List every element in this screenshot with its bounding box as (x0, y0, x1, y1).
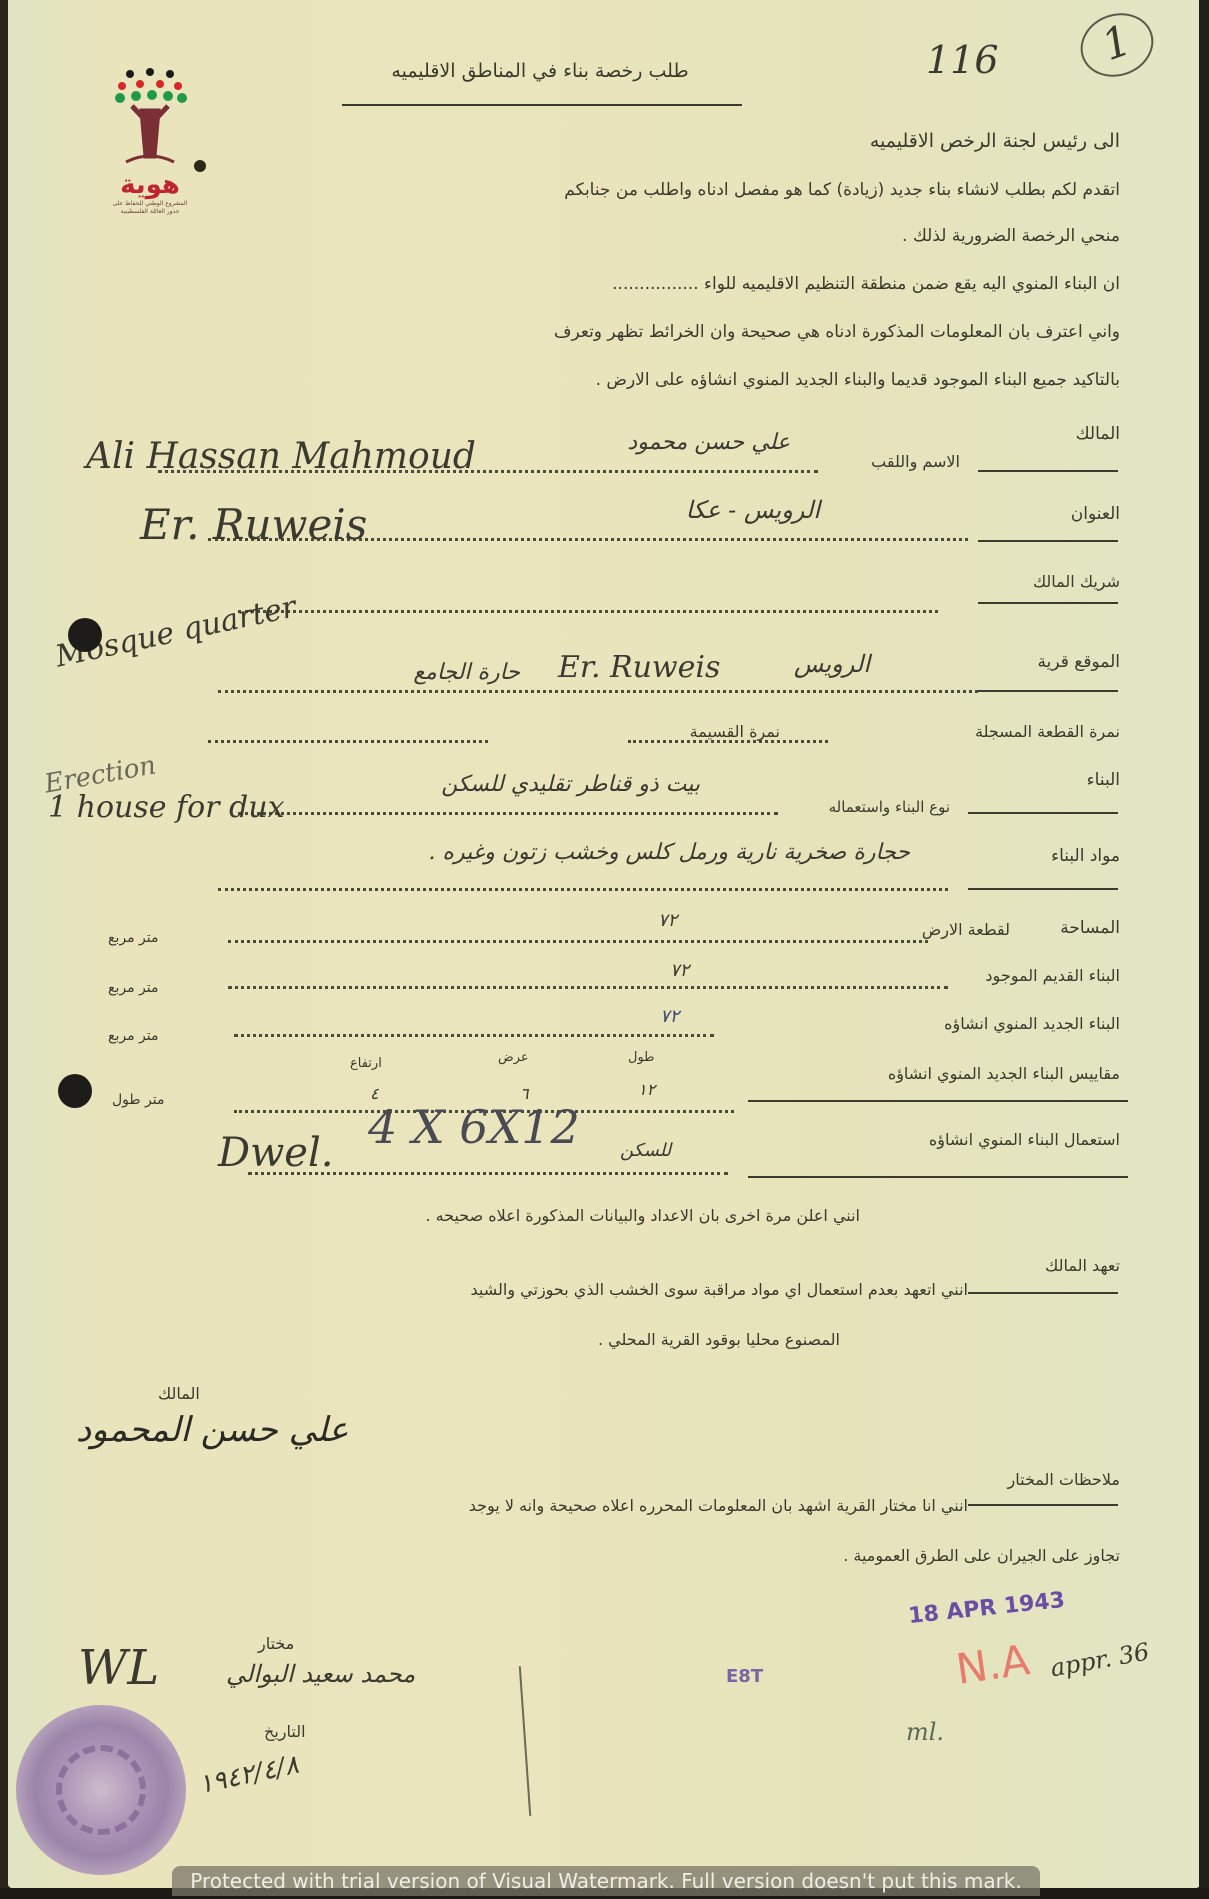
document-page: هوية المشروع الوطني للحفاظ على جذور العا… (8, 0, 1200, 1888)
building-type-en: 1 house for dux (48, 790, 285, 825)
use-value-en: Dwel. (218, 1130, 334, 1176)
owner-rule (978, 470, 1118, 472)
partner-label: شريك المالك (1033, 572, 1120, 591)
height-label: ارتفاع (350, 1056, 382, 1071)
owner-pledge-rule (968, 1292, 1118, 1294)
intro-line: ان البناء المنوي اليه يقع ضمن منطقة التن… (612, 274, 1120, 294)
land-area-unit: متر مربع (108, 930, 158, 946)
existing-area-label: البناء القديم الموجود (985, 966, 1120, 985)
owner-name-label: الاسم واللقب (871, 452, 960, 471)
declaration: انني اعلن مرة اخرى بان الاعداد والبيانات… (425, 1206, 860, 1225)
location-label: الموقع قرية (1038, 652, 1120, 672)
new-area-value: ٧٢ (660, 1006, 679, 1027)
logo-subtitle-1: المشروع الوطني للحفاظ على (112, 200, 188, 208)
scan-edge-right (1199, 0, 1209, 1899)
date-label: التاريخ (264, 1722, 306, 1741)
dimensions-en: 4 X 6X12 (368, 1100, 580, 1154)
partner-rule (978, 602, 1118, 604)
pencil-mark (519, 1666, 531, 1816)
building-type-ar: بيت ذو قناطر تقليدي للسكن (441, 772, 700, 797)
owner-pledge-line: انني اتعهد بعدم استعمال اي مواد مراقبة س… (471, 1280, 968, 1299)
address-value-ar: الرويس - عكا (686, 496, 820, 524)
building-rule (968, 812, 1118, 814)
punch-hole (58, 1074, 92, 1108)
date-value: ١٩٤٢/٤/٨ (196, 1750, 301, 1800)
length-label: طول (628, 1050, 655, 1065)
hawiya-logo: هوية المشروع الوطني للحفاظ على جذور العا… (112, 66, 188, 226)
address-rule (978, 540, 1118, 542)
mukhtar-notes-rule (968, 1504, 1118, 1506)
address-value-en: Er. Ruweis (140, 500, 367, 549)
owner-signature: علي حسن المحمود (76, 1410, 349, 1450)
width-label: عرض (498, 1050, 529, 1065)
new-area-line (234, 1034, 714, 1037)
seal-inner-ring (56, 1745, 146, 1835)
intro-line: بالتاكيد جميع البناء الموجود قديما والبن… (596, 370, 1120, 390)
title-underline (342, 104, 742, 106)
owner-pledge-label: تعهد المالك (1045, 1256, 1120, 1275)
materials-line (218, 888, 948, 891)
mukhtar-seal (16, 1705, 186, 1875)
approval-note: appr. 36 (1048, 1638, 1151, 1683)
logo-name: هوية (112, 170, 188, 200)
land-area-line (228, 940, 928, 943)
form-title: طلب رخصة بناء في المناطق الاقليميه (340, 60, 740, 82)
mukhtar-title: مختار (258, 1634, 294, 1653)
small-stamp-mark: E8T (726, 1666, 763, 1687)
addressee: الى رئيس لجنة الرخص الاقليميه (870, 130, 1120, 152)
existing-area-unit: متر مربع (108, 980, 158, 996)
owner-name-en: Ali Hassan Mahmoud (86, 436, 476, 477)
materials-rule (968, 888, 1118, 890)
use-value-ar: للسكن (620, 1140, 671, 1161)
existing-area-value: ٧٢ (670, 960, 689, 981)
page-number: 1 (1096, 15, 1138, 70)
use-label: استعمال البناء المنوي انشاؤه (929, 1130, 1120, 1149)
new-area-label: البناء الجديد المنوي انشاؤه (944, 1014, 1120, 1033)
village-ar: الرويس (794, 650, 870, 678)
partner-line (238, 610, 938, 613)
quarter-ar: حارة الجامع (413, 660, 520, 685)
punch-hole (68, 618, 102, 652)
owner-pledge-line: المصنوع محليا بوقود القرية المحلي . (598, 1330, 840, 1349)
mukhtar-notes-line: انني انا مختار القرية اشهد بان المعلومات… (469, 1496, 968, 1515)
materials-label: مواد البناء (1051, 846, 1120, 866)
mukhtar-notes-line: تجاوز على الجيران على الطرق العمومية . (843, 1546, 1120, 1565)
parcel-label: نمرة القطعة المسجلة (975, 722, 1120, 741)
dimensions-rule (748, 1100, 1128, 1102)
materials-value: حجارة صخرية نارية ورمل كلس وخشب زتون وغي… (428, 840, 910, 865)
building-label: البناء (1087, 770, 1120, 790)
page-number-circle: 1 (1072, 3, 1163, 87)
received-date-stamp: 18 APR 1943 (907, 1588, 1066, 1629)
dimensions-unit: متر طول (112, 1092, 164, 1108)
owner-name-ar: علي حسن محمود (627, 430, 790, 455)
land-area-label: لقطعة الارض (922, 920, 1010, 939)
location-line (218, 690, 978, 693)
building-type-label: نوع البناء واستعماله (829, 798, 950, 816)
existing-area-line (228, 986, 948, 989)
owner-section-label: المالك (1076, 424, 1120, 444)
file-number: 116 (926, 38, 999, 82)
logo-subtitle-2: جذور العائلة الفلسطينية (112, 208, 188, 216)
use-rule (748, 1176, 1128, 1178)
intro-line: واني اعترف بان المعلومات المذكورة ادناه … (554, 322, 1120, 342)
pencil-initials: ml. (906, 1718, 944, 1746)
location-rule (978, 690, 1118, 692)
mukhtar-notes-label: ملاحظات المختار (1008, 1470, 1120, 1489)
area-section-label: المساحة (1060, 918, 1120, 938)
plot-label: نمرة القسيمة (690, 722, 780, 741)
plot-line (208, 740, 488, 743)
new-area-unit: متر مربع (108, 1028, 158, 1044)
owner-signature-label: المالك (158, 1384, 200, 1403)
intro-line: اتقدم لكم بطلب لانشاء بناء جديد (زيادة) … (564, 180, 1120, 200)
village-en: Er. Ruweis (558, 650, 720, 685)
mukhtar-signature: محمد سعيد البوالي (226, 1660, 415, 1688)
initials-mark: N.A (953, 1635, 1033, 1694)
tree-icon (112, 66, 188, 166)
land-area-value: ٧٢ (658, 910, 677, 931)
ink-spot (194, 160, 206, 172)
dimensions-label: مقاييس البناء الجديد المنوي انشاؤه (888, 1064, 1120, 1083)
intro-line: منحي الرخصة الضرورية لذلك . (902, 226, 1120, 246)
length-value: ١٢ (638, 1080, 655, 1099)
address-label: العنوان (1071, 504, 1120, 524)
mukhtar-signature-latin: WL (78, 1640, 159, 1696)
watermark-banner: Protected with trial version of Visual W… (172, 1866, 1040, 1896)
building-type-line (238, 812, 778, 815)
